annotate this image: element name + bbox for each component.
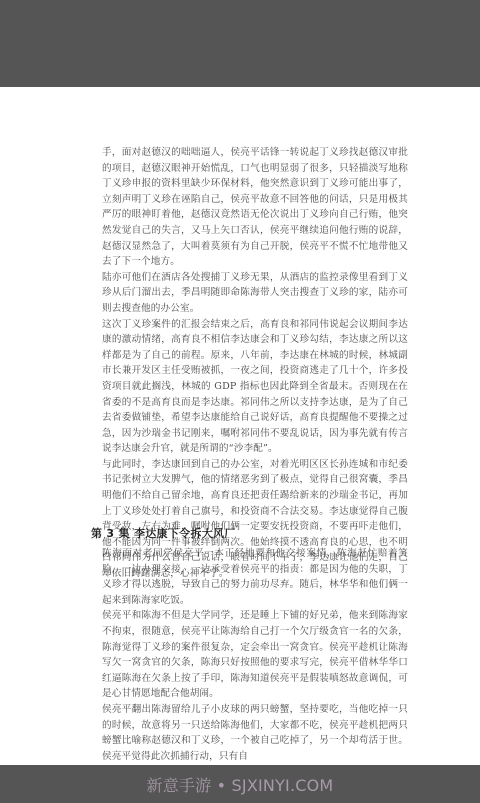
- paragraph: 侯亮平和陈海不但是大学同学，还是睡上下铺的好兄弟，他来到陈海家不拘束，很随意，侯…: [102, 608, 408, 702]
- paragraph: 这次丁义珍案件的汇报会结束之后，高育良和祁同伟说起会议期间李达康的激动情绪，高育…: [102, 317, 408, 457]
- paragraph: 侯亮平翻出陈海留给儿子小皮球的两只螃蟹，坚持要吃，当他吃掉一只的时候，故意将另一…: [102, 702, 408, 764]
- chapter-heading: 第 3 集 李达康下令拆大风厂: [91, 525, 236, 541]
- watermark-bar: 新意手游 • SJXINYI.COM: [0, 765, 480, 803]
- paragraph: 手，面对赵德汉的咄咄逼人，侯亮平话锋一转说起丁义珍找赵德汉审批的项目，赵德汉眼神…: [102, 145, 408, 270]
- watermark-text: 新意手游 • SJXINYI.COM: [147, 773, 334, 796]
- top-dark-bar: [0, 0, 480, 87]
- document-page: 手，面对赵德汉的咄咄逼人，侯亮平话锋一转说起丁义珍找赵德汉审批的项目，赵德汉眼神…: [0, 87, 480, 765]
- paragraph: 陈海面对老同学侯亮平一本正经地要和他交接案情，陈海赶忙赔着笑脸，一边办理交接，一…: [102, 546, 408, 608]
- paragraph: 陆亦可他们在酒店各处搜捕丁义珍无果，从酒店的监控录像里看到丁义珍从后门溜出去，季…: [102, 270, 408, 317]
- section-2-body: 陈海面对老同学侯亮平一本正经地要和他交接案情，陈海赶忙赔着笑脸，一边办理交接，一…: [102, 546, 408, 764]
- section-1-body: 手，面对赵德汉的咄咄逼人，侯亮平话锋一转说起丁义珍找赵德汉审批的项目，赵德汉眼神…: [102, 145, 408, 582]
